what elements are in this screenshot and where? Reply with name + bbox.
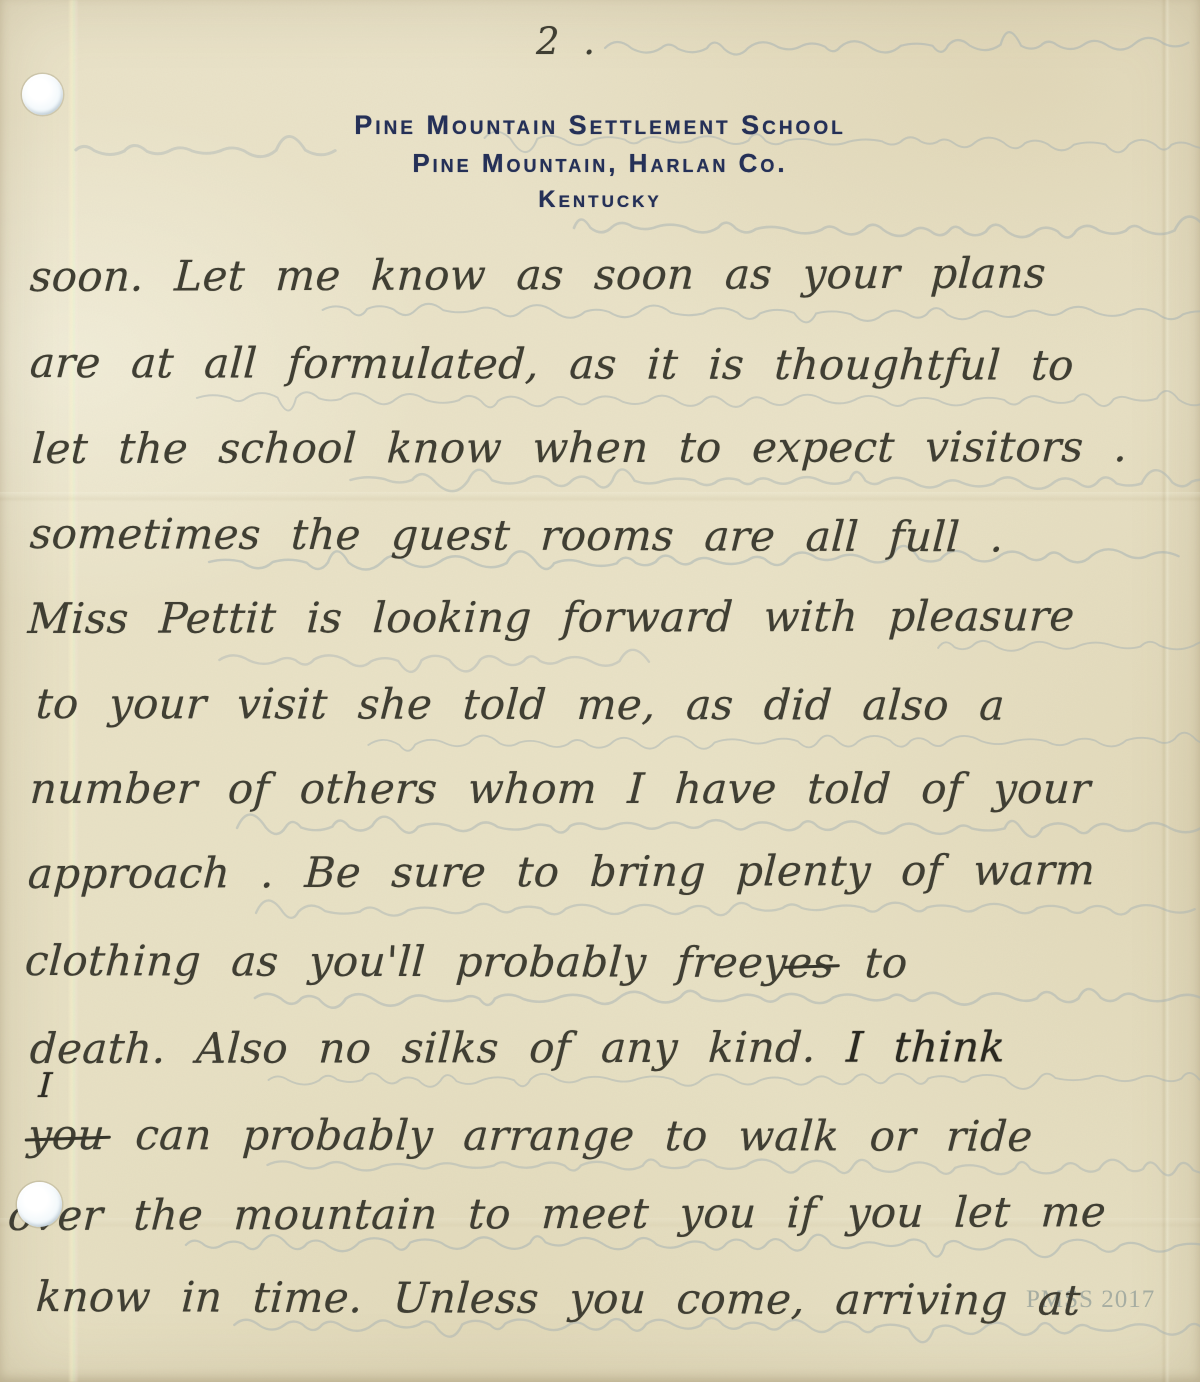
hole-punch-bottom bbox=[17, 1182, 62, 1227]
handwritten-line: death. Also no silks of any kind. I thin… bbox=[29, 1022, 1007, 1073]
correction-group: Iyou bbox=[27, 1110, 107, 1159]
struck-word: you bbox=[27, 1110, 107, 1159]
handwriting-text: approach . Be sure to bring plenty of wa… bbox=[27, 845, 1097, 898]
handwriting-text: soon. Let me know as soon as your plans bbox=[29, 248, 1047, 301]
handwritten-line: sometimes the guest rooms are all full . bbox=[29, 509, 1006, 561]
handwritten-line: let the school know when to expect visit… bbox=[31, 422, 1129, 473]
handwriting-text: death. Also no silks of any kind. bbox=[29, 1023, 848, 1073]
handwriting-text: over the mountain to meet you if you let… bbox=[7, 1187, 1108, 1240]
handwritten-line: know in time. Unless you come, arriving … bbox=[35, 1272, 1082, 1325]
fold-crease-horizontal bbox=[0, 492, 1200, 502]
handwriting-text: let the school know when to expect visit… bbox=[31, 422, 1129, 473]
handwriting-text: are at all formulated, as it is thoughtf… bbox=[29, 338, 1076, 390]
handwriting-text: to bbox=[833, 938, 909, 987]
handwriting-text: sometimes the guest rooms are all full . bbox=[29, 509, 1006, 561]
handwriting-text: Miss Pettit is looking forward with plea… bbox=[27, 591, 1076, 643]
handwritten-line: clothing as you'll probably freeyes to bbox=[24, 936, 909, 987]
handwriting-text: know in time. Unless you come, arriving … bbox=[35, 1272, 1082, 1325]
struck-word: es bbox=[786, 938, 836, 987]
letter-page: PMSS 2017 2 . Pine Mountain Settlement S… bbox=[0, 0, 1200, 1382]
letterhead-school-name: Pine Mountain Settlement School bbox=[0, 110, 1200, 141]
handwriting-text: to your visit she told me, as did also a bbox=[35, 679, 1006, 730]
handwritten-line: number of others whom I have told of you… bbox=[29, 764, 1092, 813]
handwritten-line: to your visit she told me, as did also a bbox=[35, 679, 1006, 730]
letterhead: Pine Mountain Settlement School Pine Mou… bbox=[0, 110, 1200, 214]
handwriting-text: I think bbox=[845, 1022, 1006, 1071]
handwritten-line: Miss Pettit is looking forward with plea… bbox=[27, 591, 1076, 643]
inserted-word-above: I bbox=[38, 1066, 54, 1106]
handwriting-text: clothing as you'll probably freey bbox=[24, 936, 789, 987]
hole-punch-top bbox=[22, 74, 63, 115]
handwritten-line: are at all formulated, as it is thoughtf… bbox=[29, 338, 1076, 390]
handwritten-line: approach . Be sure to bring plenty of wa… bbox=[27, 845, 1097, 898]
letterhead-address: Pine Mountain, Harlan Co. bbox=[0, 148, 1200, 179]
handwriting-text: can probably arrange to walk or ride bbox=[104, 1110, 1034, 1161]
handwritten-line: Iyou can probably arrange to walk or rid… bbox=[27, 1110, 1034, 1161]
letterhead-state: Kentucky bbox=[0, 186, 1200, 214]
page-number: 2 . bbox=[536, 20, 601, 63]
handwritten-line: soon. Let me know as soon as your plans bbox=[29, 248, 1047, 301]
handwritten-line: over the mountain to meet you if you let… bbox=[7, 1187, 1108, 1240]
handwriting-text: number of others whom I have told of you… bbox=[29, 764, 1092, 813]
